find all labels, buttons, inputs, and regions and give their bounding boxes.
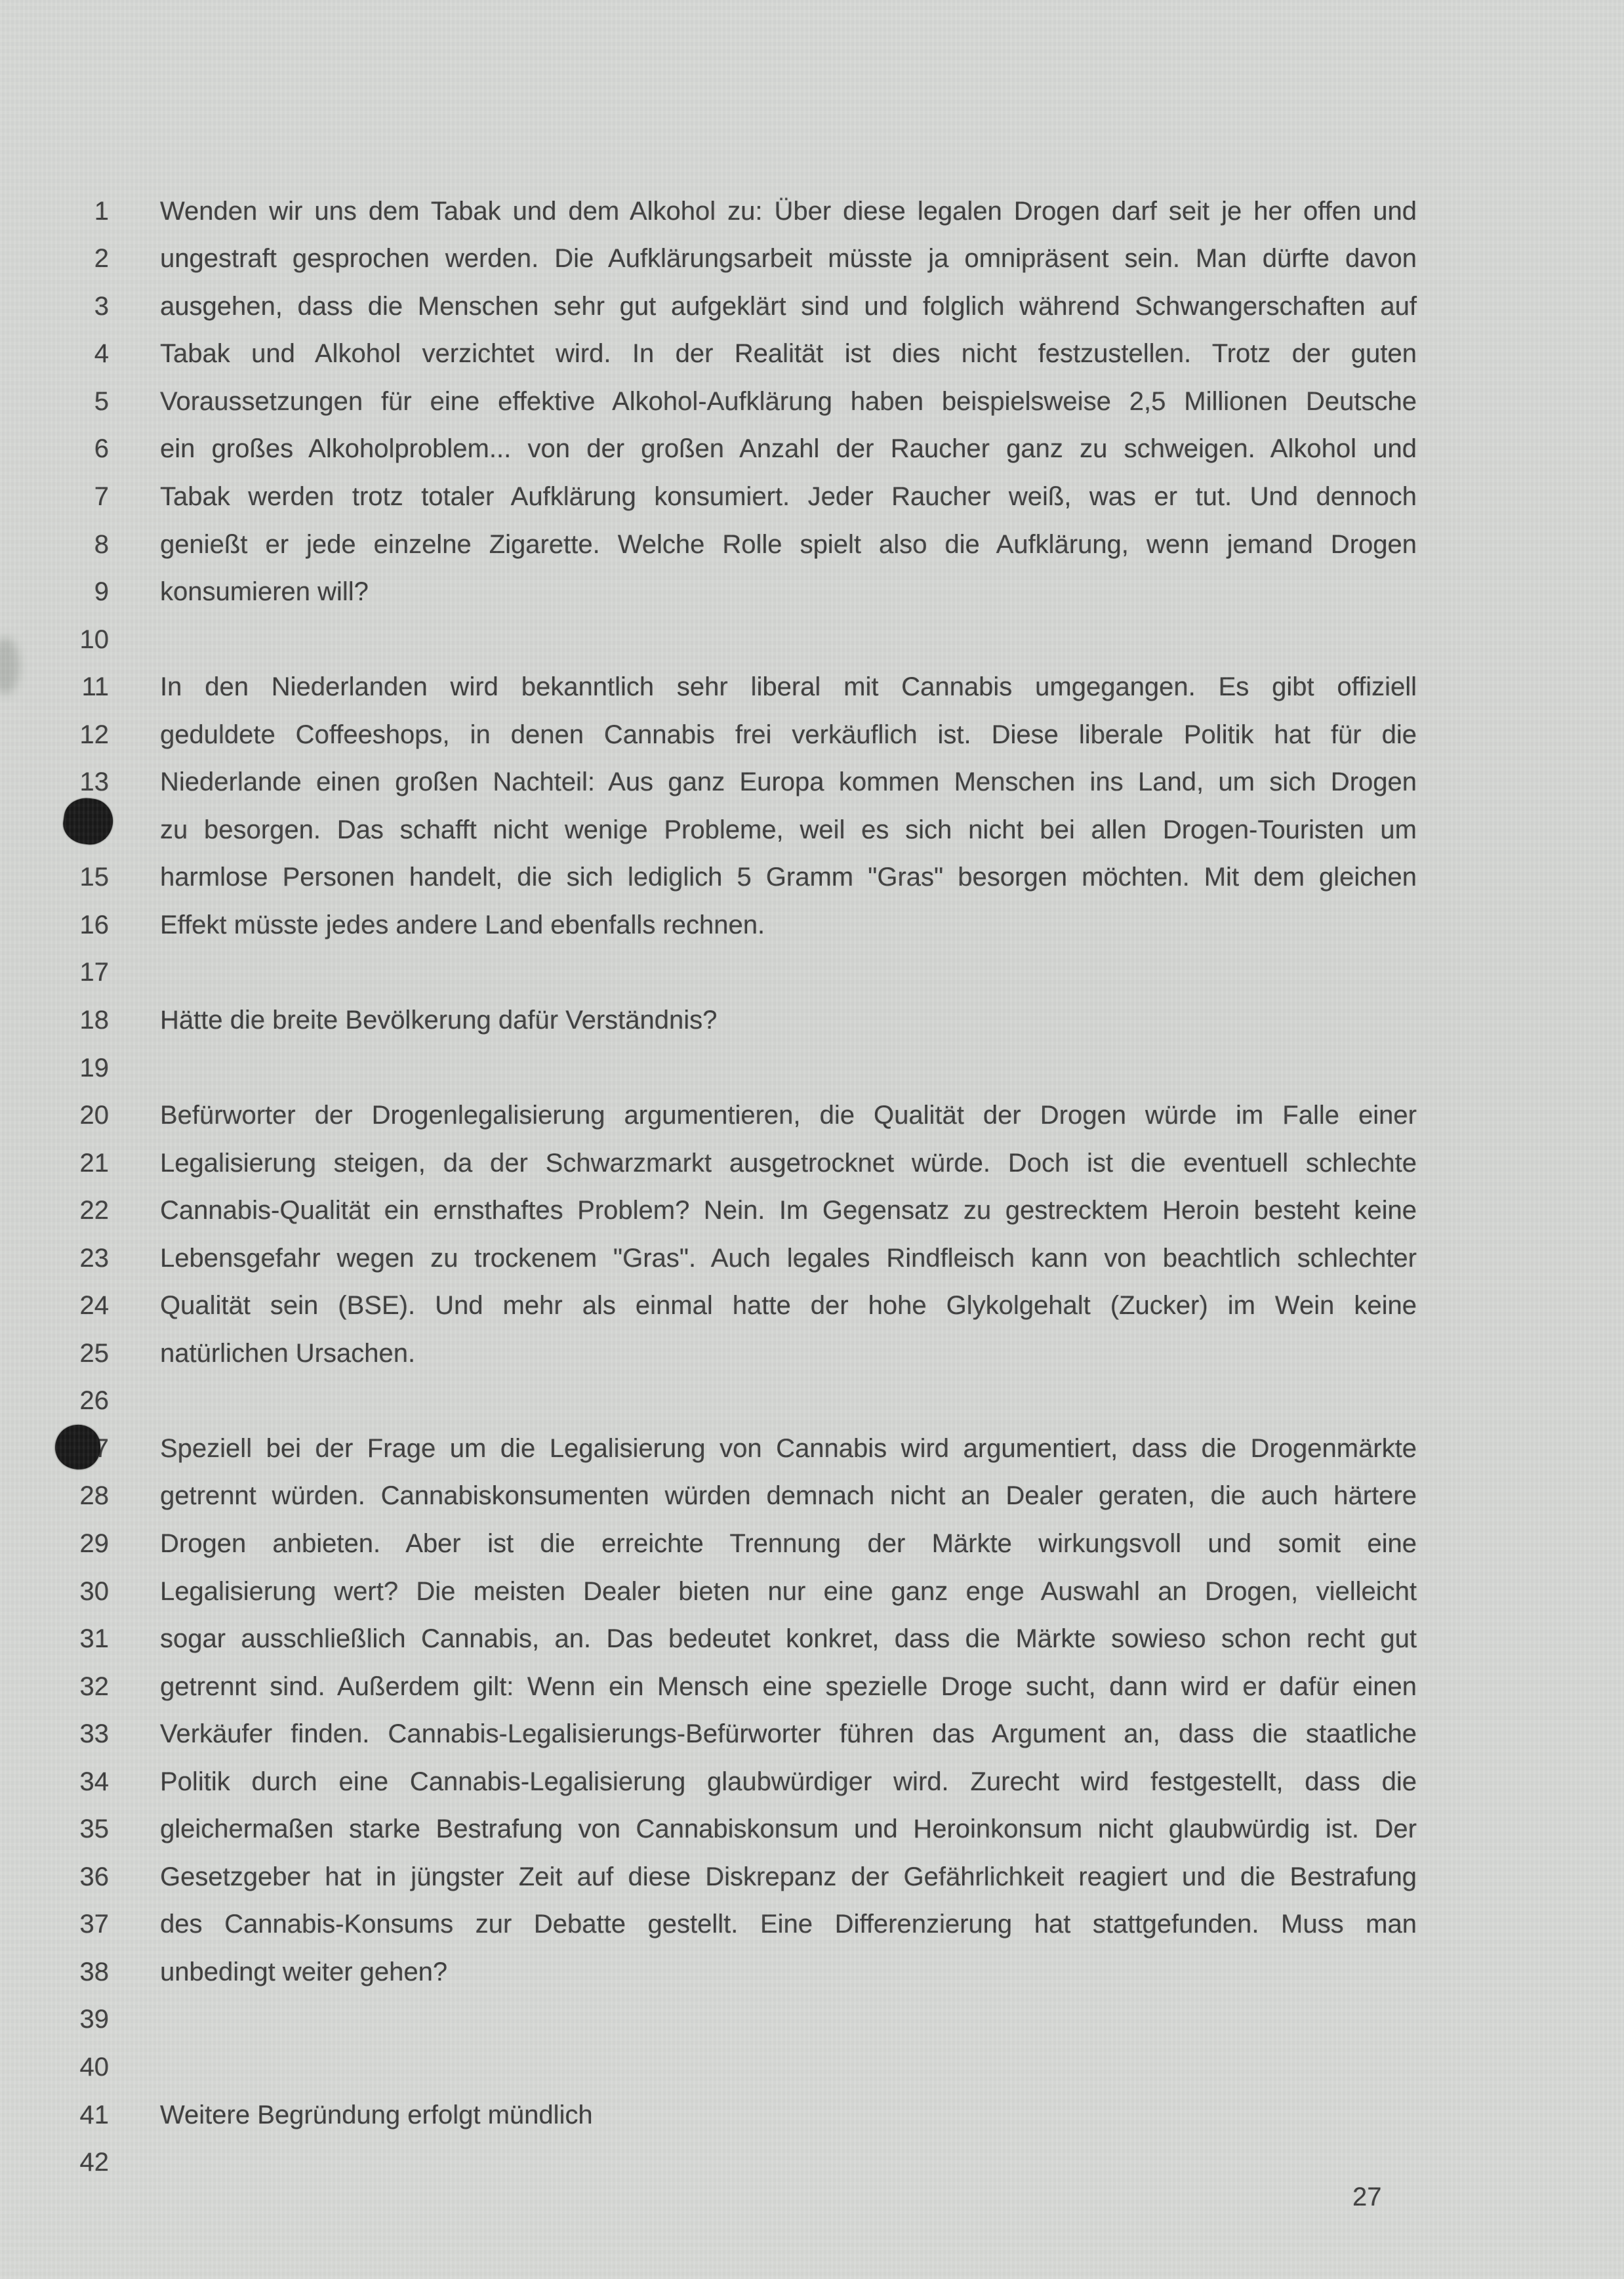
line-number: 7: [0, 473, 109, 521]
document-line: 22 Cannabis-Qualität ein ernsthaftes Pro…: [0, 1187, 1624, 1235]
line-text: getrennt sind. Außerdem gilt: Wenn ein M…: [160, 1663, 1417, 1711]
line-text: des Cannabis-Konsums zur Debatte gestell…: [160, 1900, 1417, 1948]
line-text: Speziell bei der Frage um die Legalisier…: [160, 1425, 1417, 1473]
document-line: 16 Effekt müsste jedes andere Land ebenf…: [0, 901, 1624, 949]
line-text: Tabak werden trotz totaler Aufklärung ko…: [160, 473, 1417, 521]
line-number: 37: [0, 1900, 109, 1948]
line-text: [160, 1996, 1417, 2043]
document-line: 41 Weitere Begründung erfolgt mündlich: [0, 2091, 1624, 2139]
line-text: Niederlande einen großen Nachteil: Aus g…: [160, 758, 1417, 806]
line-number: 24: [0, 1282, 109, 1330]
line-number: 19: [0, 1044, 109, 1092]
line-text: Cannabis-Qualität ein ernsthaftes Proble…: [160, 1187, 1417, 1235]
document-line: 11 In den Niederlanden wird bekanntlich …: [0, 663, 1624, 711]
document-line: 31 sogar ausschließlich Cannabis, an. Da…: [0, 1615, 1624, 1663]
line-number: 36: [0, 1853, 109, 1901]
line-number: 9: [0, 568, 109, 616]
document-line: 39: [0, 1996, 1624, 2043]
line-number: 15: [0, 853, 109, 901]
document-line: 20 Befürworter der Drogenlegalisierung a…: [0, 1092, 1624, 1139]
document-line: 18 Hätte die breite Bevölkerung dafür Ve…: [0, 996, 1624, 1044]
line-text: konsumieren will?: [160, 568, 1417, 616]
line-text: Effekt müsste jedes andere Land ebenfall…: [160, 901, 1417, 949]
line-text: In den Niederlanden wird bekanntlich seh…: [160, 663, 1417, 711]
document-line: 28 getrennt würden. Cannabiskonsumenten …: [0, 1472, 1624, 1520]
line-text: geduldete Coffeeshops, in denen Cannabis…: [160, 711, 1417, 759]
line-number: 16: [0, 901, 109, 949]
line-text: Lebensgefahr wegen zu trockenem "Gras". …: [160, 1235, 1417, 1283]
document-line: 24 Qualität sein (BSE). Und mehr als ein…: [0, 1282, 1624, 1330]
line-number: 28: [0, 1472, 109, 1520]
line-number: 35: [0, 1805, 109, 1853]
line-number: 18: [0, 996, 109, 1044]
line-text: Tabak und Alkohol verzichtet wird. In de…: [160, 330, 1417, 378]
document-line: 27 Speziell bei der Frage um die Legalis…: [0, 1425, 1624, 1473]
line-text: [160, 2043, 1417, 2091]
line-number: 6: [0, 425, 109, 473]
line-number: 33: [0, 1710, 109, 1758]
line-text: Qualität sein (BSE). Und mehr als einmal…: [160, 1282, 1417, 1330]
scanned-document-page: 1 Wenden wir uns dem Tabak und dem Alkoh…: [0, 0, 1624, 2279]
document-line: 29 Drogen anbieten. Aber ist die erreich…: [0, 1520, 1624, 1568]
document-line: 26: [0, 1377, 1624, 1425]
line-text: [160, 2139, 1417, 2187]
document-line: 37 des Cannabis-Konsums zur Debatte gest…: [0, 1900, 1624, 1948]
document-line: 34 Politik durch eine Cannabis-Legalisie…: [0, 1758, 1624, 1806]
line-text: Politik durch eine Cannabis-Legalisierun…: [160, 1758, 1417, 1806]
line-number: 8: [0, 521, 109, 569]
line-text: Legalisierung wert? Die meisten Dealer b…: [160, 1568, 1417, 1616]
line-number: 38: [0, 1948, 109, 1996]
line-text: ein großes Alkoholproblem... von der gro…: [160, 425, 1417, 473]
line-number: 42: [0, 2139, 109, 2187]
document-line: 19: [0, 1044, 1624, 1092]
document-body: 1 Wenden wir uns dem Tabak und dem Alkoh…: [0, 188, 1624, 2187]
document-line: 1 Wenden wir uns dem Tabak und dem Alkoh…: [0, 188, 1624, 236]
document-line: 33 Verkäufer finden. Cannabis-Legalisier…: [0, 1710, 1624, 1758]
page-number: 27: [1352, 2182, 1411, 2212]
line-text: Gesetzgeber hat in jüngster Zeit auf die…: [160, 1853, 1417, 1901]
line-text: unbedingt weiter gehen?: [160, 1948, 1417, 1996]
line-number: 12: [0, 711, 109, 759]
line-text: [160, 1377, 1417, 1425]
line-text: harmlose Personen handelt, die sich ledi…: [160, 853, 1417, 901]
line-number: 17: [0, 949, 109, 996]
document-line: 6 ein großes Alkoholproblem... von der g…: [0, 425, 1624, 473]
line-number: 30: [0, 1568, 109, 1616]
line-text: Wenden wir uns dem Tabak und dem Alkohol…: [160, 188, 1417, 236]
document-line: 3 ausgehen, dass die Menschen sehr gut a…: [0, 283, 1624, 331]
line-number: 25: [0, 1330, 109, 1378]
line-number: 20: [0, 1092, 109, 1139]
line-text: gleichermaßen starke Bestrafung von Cann…: [160, 1805, 1417, 1853]
document-line: 32 getrennt sind. Außerdem gilt: Wenn ei…: [0, 1663, 1624, 1711]
document-line: 17: [0, 949, 1624, 996]
line-text: [160, 1044, 1417, 1092]
line-text: genießt er jede einzelne Zigarette. Welc…: [160, 521, 1417, 569]
line-number: 1: [0, 188, 109, 236]
line-number: 31: [0, 1615, 109, 1663]
line-text: Verkäufer finden. Cannabis-Legalisierung…: [160, 1710, 1417, 1758]
line-text: Legalisierung steigen, da der Schwarzmar…: [160, 1139, 1417, 1187]
document-line: 2 ungestraft gesprochen werden. Die Aufk…: [0, 235, 1624, 283]
document-line: 9 konsumieren will?: [0, 568, 1624, 616]
document-line: 12 geduldete Coffeeshops, in denen Canna…: [0, 711, 1624, 759]
line-number: 32: [0, 1663, 109, 1711]
line-text: [160, 949, 1417, 996]
line-text: Weitere Begründung erfolgt mündlich: [160, 2091, 1417, 2139]
document-line: 38 unbedingt weiter gehen?: [0, 1948, 1624, 1996]
line-text: sogar ausschließlich Cannabis, an. Das b…: [160, 1615, 1417, 1663]
line-text: ausgehen, dass die Menschen sehr gut auf…: [160, 283, 1417, 331]
document-line: 14 zu besorgen. Das schafft nicht wenige…: [0, 806, 1624, 854]
document-line: 30 Legalisierung wert? Die meisten Deale…: [0, 1568, 1624, 1616]
line-number: 40: [0, 2043, 109, 2091]
line-number: 4: [0, 330, 109, 378]
line-number: 22: [0, 1187, 109, 1235]
document-line: 36 Gesetzgeber hat in jüngster Zeit auf …: [0, 1853, 1624, 1901]
document-line: 15 harmlose Personen handelt, die sich l…: [0, 853, 1624, 901]
document-line: 8 genießt er jede einzelne Zigarette. We…: [0, 521, 1624, 569]
line-text: ungestraft gesprochen werden. Die Aufklä…: [160, 235, 1417, 283]
line-number: 41: [0, 2091, 109, 2139]
document-line: 35 gleichermaßen starke Bestrafung von C…: [0, 1805, 1624, 1853]
document-line: 42: [0, 2139, 1624, 2187]
document-line: 5 Voraussetzungen für eine effektive Alk…: [0, 378, 1624, 426]
line-text: [160, 616, 1417, 664]
line-number: 23: [0, 1235, 109, 1283]
line-number: 3: [0, 283, 109, 331]
line-text: Hätte die breite Bevölkerung dafür Verst…: [160, 996, 1417, 1044]
document-line: 23 Lebensgefahr wegen zu trockenem "Gras…: [0, 1235, 1624, 1283]
document-line: 25 natürlichen Ursachen.: [0, 1330, 1624, 1378]
line-text: getrennt würden. Cannabiskonsumenten wür…: [160, 1472, 1417, 1520]
line-text: Voraussetzungen für eine effektive Alkoh…: [160, 378, 1417, 426]
line-number: 21: [0, 1139, 109, 1187]
document-line: 4 Tabak und Alkohol verzichtet wird. In …: [0, 330, 1624, 378]
document-line: 7 Tabak werden trotz totaler Aufklärung …: [0, 473, 1624, 521]
line-number: 34: [0, 1758, 109, 1806]
line-number: 5: [0, 378, 109, 426]
line-text: zu besorgen. Das schafft nicht wenige Pr…: [160, 806, 1417, 854]
line-text: Drogen anbieten. Aber ist die erreichte …: [160, 1520, 1417, 1568]
document-line: 13 Niederlande einen großen Nachteil: Au…: [0, 758, 1624, 806]
line-number: 26: [0, 1377, 109, 1425]
line-text: Befürworter der Drogenlegalisierung argu…: [160, 1092, 1417, 1139]
line-number: 29: [0, 1520, 109, 1568]
document-line: 21 Legalisierung steigen, da der Schwarz…: [0, 1139, 1624, 1187]
document-line: 10: [0, 616, 1624, 664]
line-number: 2: [0, 235, 109, 283]
document-line: 40: [0, 2043, 1624, 2091]
line-text: natürlichen Ursachen.: [160, 1330, 1417, 1378]
line-number: 39: [0, 1996, 109, 2043]
